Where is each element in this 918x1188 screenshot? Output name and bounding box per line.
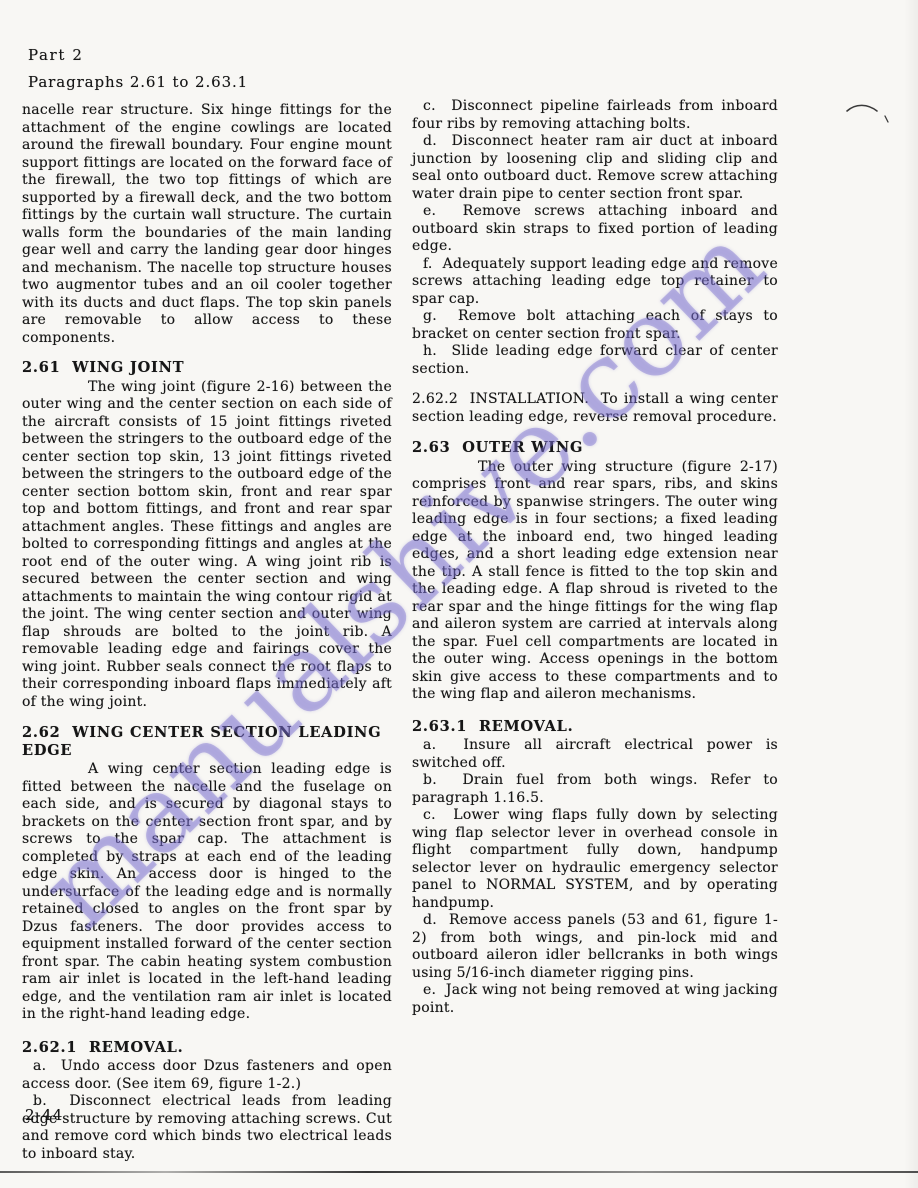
removal-step-a: a. Undo access door Dzus fasteners and o… bbox=[22, 1058, 392, 1093]
removal-step-b: b. Disconnect electrical leads from lead… bbox=[22, 1093, 392, 1163]
part-label: Part 2 bbox=[28, 46, 248, 64]
removal-step-h: h. Slide leading edge forward clear of c… bbox=[412, 343, 778, 378]
right-column: c. Disconnect pipeline fairleads from in… bbox=[412, 98, 778, 1017]
removal-step-d2: d. Remove access panels (53 and 61, figu… bbox=[412, 912, 778, 982]
paragraph-range-label: Paragraphs 2.61 to 2.63.1 bbox=[28, 73, 248, 91]
paragraph-2-63: The outer wing structure (figure 2-17) c… bbox=[412, 459, 778, 704]
removal-step-c2: c. Lower wing flaps fully down by select… bbox=[412, 807, 778, 912]
intro-paragraph: nacelle rear structure. Six hinge fittin… bbox=[22, 102, 392, 347]
paragraph-2-62-2-installation: 2.62.2 INSTALLATION. To install a wing c… bbox=[412, 391, 778, 426]
removal-step-a2: a. Insure all aircraft electrical power … bbox=[412, 737, 778, 772]
removal-step-b2: b. Drain fuel from both wings. Refer to … bbox=[412, 772, 778, 807]
heading-2-62-wing-center-section-leading-edge: 2.62 WING CENTER SECTION LEADING EDGE bbox=[22, 724, 392, 759]
pen-mark-icon bbox=[845, 100, 893, 130]
scan-edge-line bbox=[0, 1171, 918, 1173]
removal-step-e2: e. Jack wing not being removed at wing j… bbox=[412, 982, 778, 1017]
heading-2-62-1-removal: 2.62.1 REMOVAL. bbox=[22, 1039, 392, 1057]
heading-2-61-wing-joint: 2.61 WING JOINT bbox=[22, 359, 392, 377]
removal-step-g: g. Remove bolt attaching each of stays t… bbox=[412, 308, 778, 343]
manual-scanned-page: Part 2 Paragraphs 2.61 to 2.63.1 nacelle… bbox=[0, 0, 918, 1188]
removal-step-c: c. Disconnect pipeline fairleads from in… bbox=[412, 98, 778, 133]
heading-2-63-1-removal: 2.63.1 REMOVAL. bbox=[412, 718, 778, 736]
paragraph-2-62: A wing center section leading edge is fi… bbox=[22, 761, 392, 1024]
page-header: Part 2 Paragraphs 2.61 to 2.63.1 bbox=[28, 46, 248, 91]
paragraph-2-61: The wing joint (figure 2-16) between the… bbox=[22, 379, 392, 712]
heading-2-63-outer-wing: 2.63 OUTER WING bbox=[412, 439, 778, 457]
removal-step-e: e. Remove screws attaching inboard and o… bbox=[412, 203, 778, 256]
page-number: 2-44 bbox=[25, 1106, 64, 1124]
removal-step-d: d. Disconnect heater ram air duct at inb… bbox=[412, 133, 778, 203]
removal-step-f: f. Adequately support leading edge and r… bbox=[412, 256, 778, 309]
left-column: nacelle rear structure. Six hinge fittin… bbox=[22, 102, 392, 1163]
